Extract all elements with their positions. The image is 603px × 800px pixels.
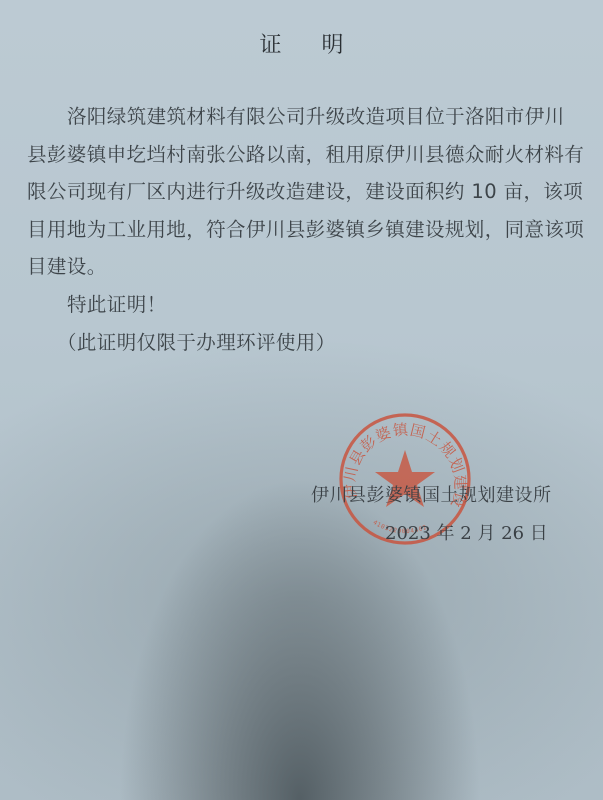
document-title: 证明: [0, 28, 603, 59]
usage-note: （此证明仅限于办理环评使用）: [27, 324, 537, 362]
body-line-5: 目建设。: [27, 248, 537, 286]
body-line-1: 洛阳绿筑建筑材料有限公司升级改造项目位于洛阳市伊川: [27, 98, 537, 136]
signing-date: 2023 年 2 月 26 日: [385, 519, 548, 545]
closing-statement: 特此证明！: [27, 286, 537, 324]
body-line-3: 限公司现有厂区内进行升级改造建设，建设面积约 10 亩，该项: [27, 173, 537, 211]
signing-organization: 伊川县彭婆镇国土规划建设所: [311, 481, 552, 507]
document-body: 洛阳绿筑建筑材料有限公司升级改造项目位于洛阳市伊川 县彭婆镇申圪垱村南张公路以南…: [27, 98, 537, 361]
body-line-2: 县彭婆镇申圪垱村南张公路以南，租用原伊川县德众耐火材料有: [27, 136, 537, 174]
body-line-4: 目用地为工业用地，符合伊川县彭婆镇乡镇建设规划，同意该项: [27, 211, 537, 249]
